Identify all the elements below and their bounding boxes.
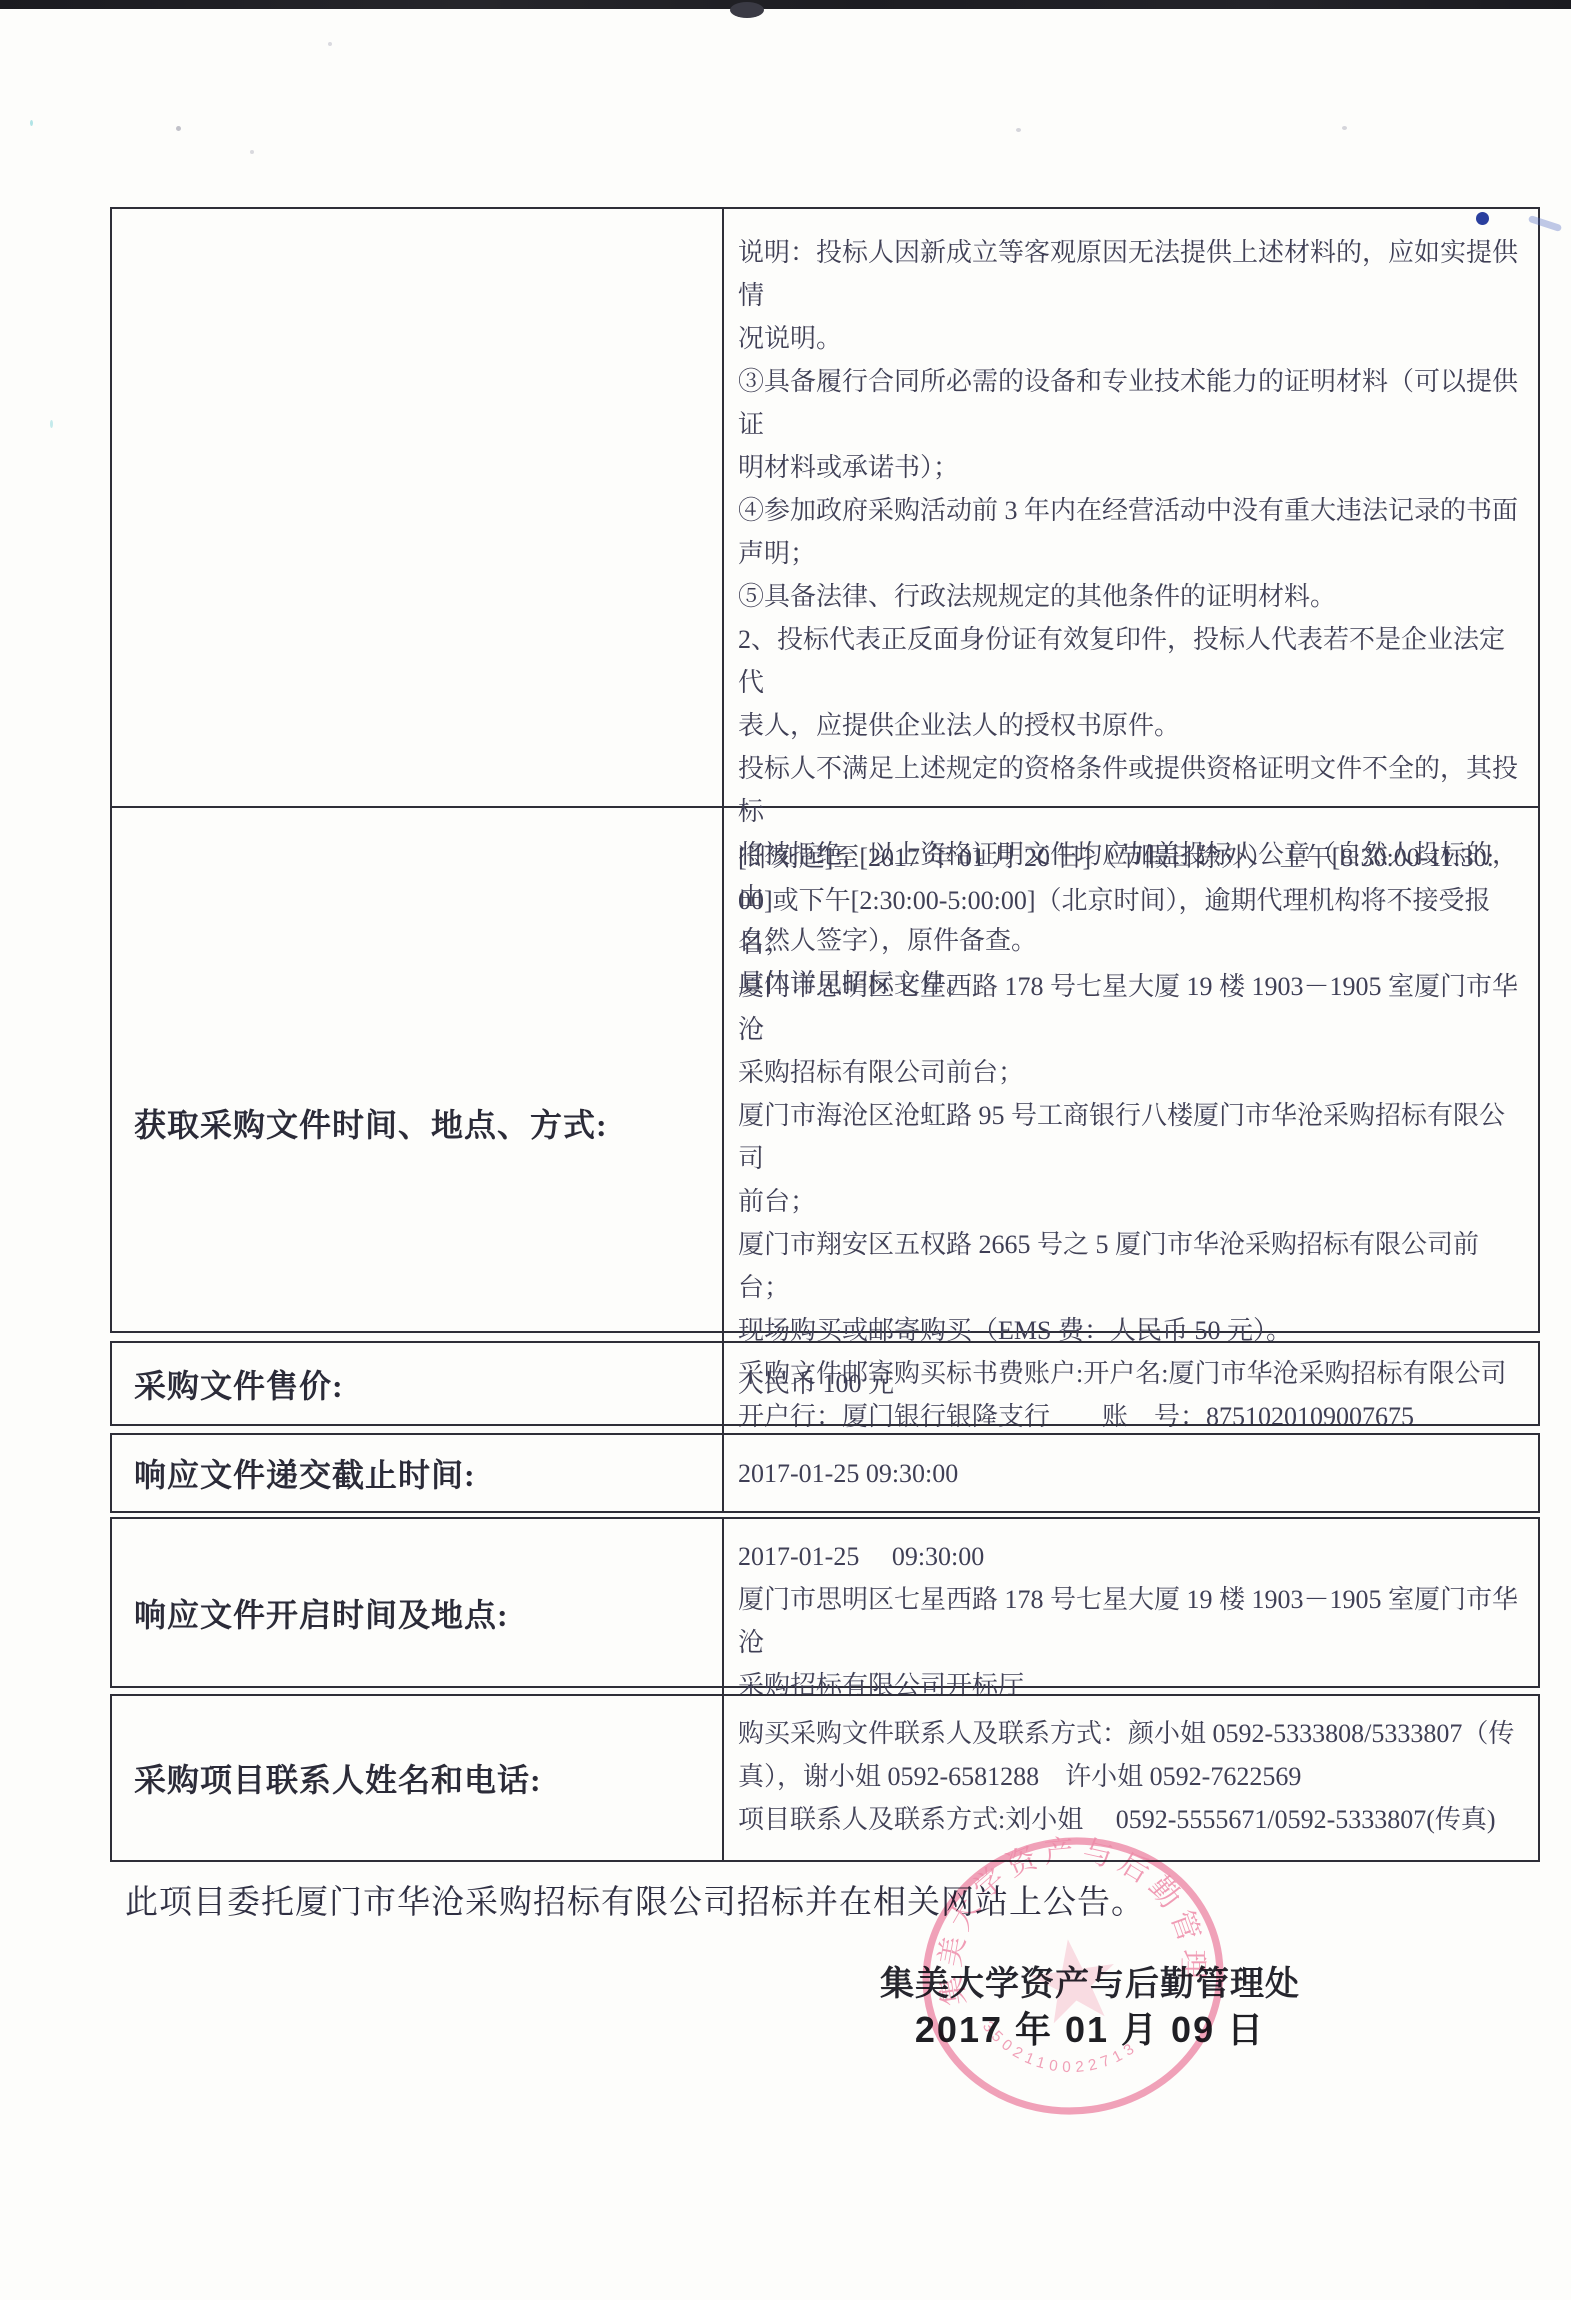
scan-speck [1016, 128, 1021, 132]
scanner-edge-strip [0, 0, 1571, 9]
signature-date: 2017 年 01 月 09 日 [820, 2002, 1360, 2053]
opening-table-row: 响应文件开启时间及地点: 2017-01-25 09:30:00 厦门市思明区七… [110, 1517, 1540, 1688]
scan-speck [176, 126, 181, 131]
scan-speck [50, 420, 53, 428]
main-table: 说明：投标人因新成立等客观原因无法提供上述材料的，应如实提供情 况说明。 ③具备… [110, 207, 1540, 1333]
cell-qualification-label [112, 209, 724, 808]
ink-dot [1476, 212, 1489, 225]
cell-price-label: 采购文件售价: [112, 1343, 724, 1424]
scan-speck [328, 42, 332, 46]
price-table-row: 采购文件售价: 人民币 100 元 [110, 1341, 1540, 1426]
deadline-table-row: 响应文件递交截止时间: 2017-01-25 09:30:00 [110, 1433, 1540, 1513]
cell-opening-value: 2017-01-25 09:30:00 厦门市思明区七星西路 178 号七星大厦… [724, 1519, 1538, 1707]
cell-deadline-label: 响应文件递交截止时间: [112, 1435, 724, 1511]
scanned-document-page: 说明：投标人因新成立等客观原因无法提供上述材料的，应如实提供情 况说明。 ③具备… [0, 0, 1571, 2300]
cell-opening-label: 响应文件开启时间及地点: [112, 1519, 724, 1707]
contacts-table-row: 采购项目联系人姓名和电话: 购买采购文件联系人及联系方式：颜小姐 0592-53… [110, 1694, 1540, 1862]
footer-note: 此项目委托厦门市华沧采购招标有限公司招标并在相关网站上公告。 [125, 1876, 1275, 1923]
cell-deadline-value: 2017-01-25 09:30:00 [724, 1435, 1538, 1511]
cell-qualification-text: 说明：投标人因新成立等客观原因无法提供上述材料的，应如实提供情 况说明。 ③具备… [724, 209, 1538, 808]
scan-speck [1342, 126, 1347, 130]
cell-contacts-value: 购买采购文件联系人及联系方式：颜小姐 0592-5333808/5333807（… [724, 1696, 1538, 1860]
scan-speck [30, 120, 33, 126]
cell-price-value: 人民币 100 元 [724, 1343, 1538, 1424]
scan-speck [250, 150, 254, 154]
signature-org: 集美大学资产与后勤管理处 [820, 1956, 1360, 2005]
cell-contacts-label: 采购项目联系人姓名和电话: [112, 1696, 724, 1860]
scanner-edge-artifact [730, 2, 764, 18]
